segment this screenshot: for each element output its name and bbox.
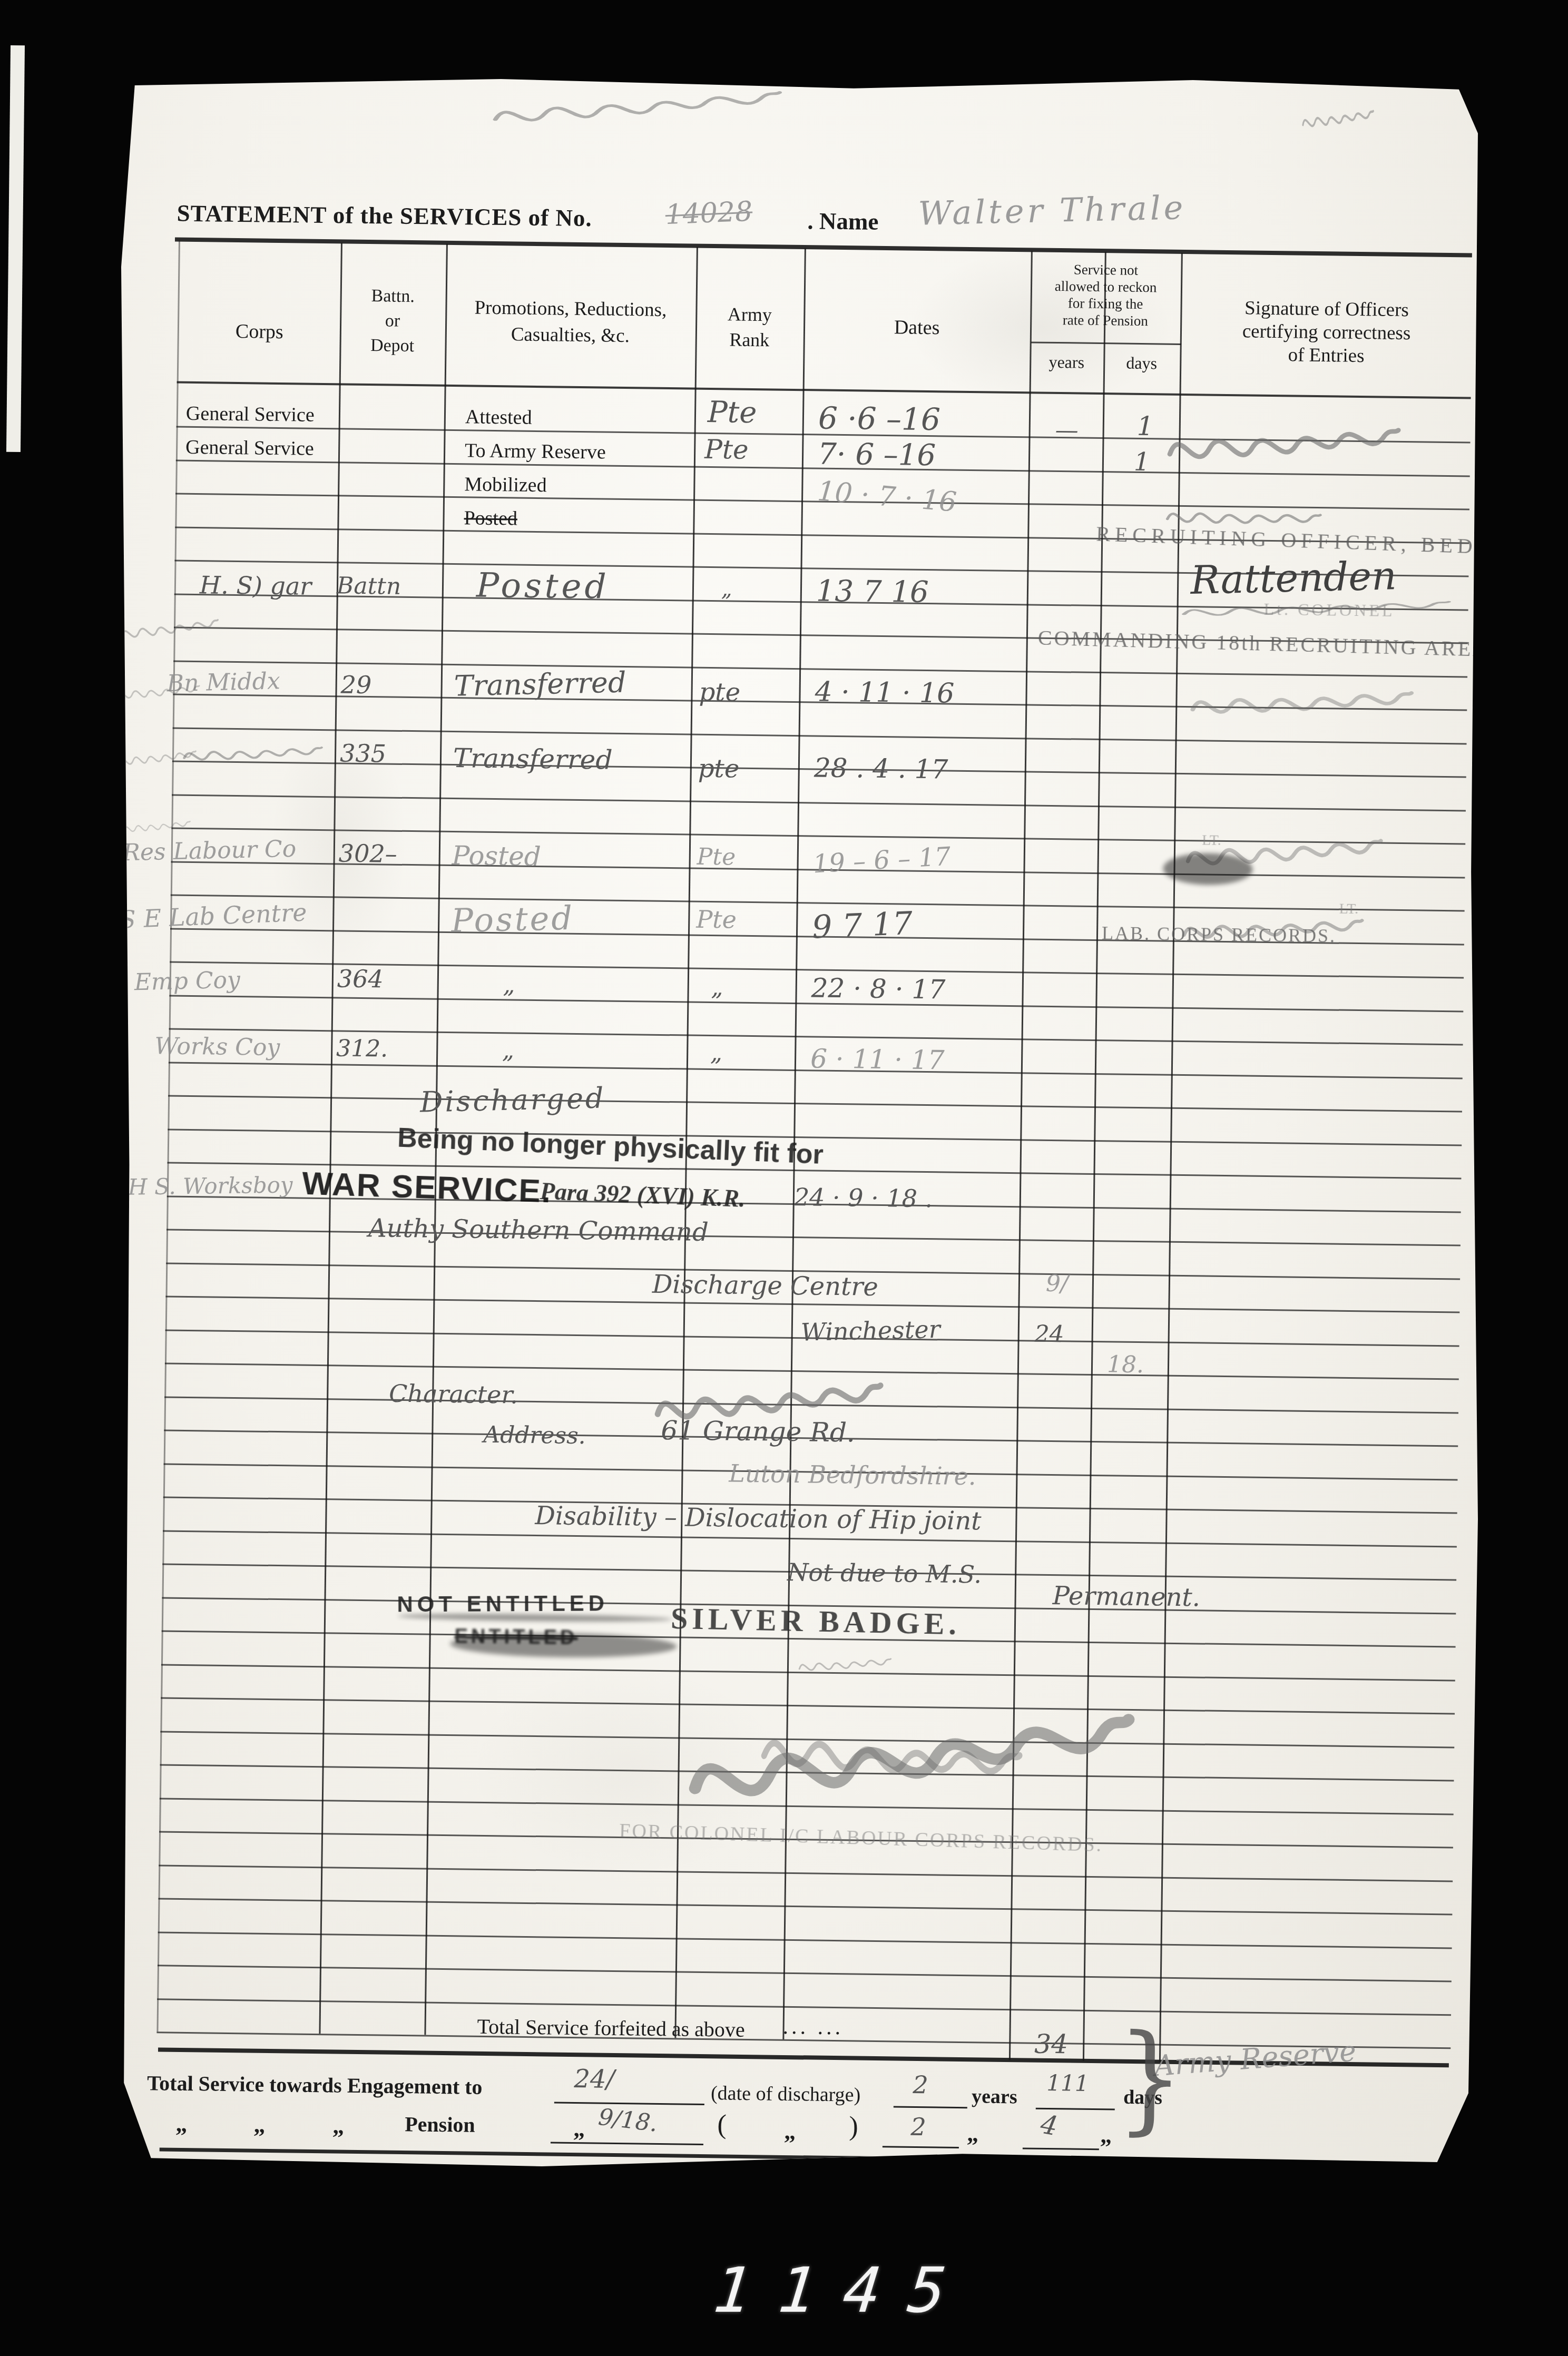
table-cell-rank: „ [710,1039,722,1066]
handwritten-annotation: 24 · 9 · 18 . [794,1183,933,1213]
handwritten-annotation: Not due to M.S. [787,1558,982,1589]
pen-scribble [1164,496,1324,543]
table-cell-days: 1 [1134,447,1150,477]
table-cell-promo: „ [503,971,515,998]
col-header-signature-1: Signature of Officers [1180,296,1473,322]
col-header-corps: Corps [179,319,340,345]
table-row: Works Coy312.„„6 · 11 · 17 [122,78,1478,95]
pen-scribble [119,607,222,653]
pen-scribble [1180,902,1366,959]
table-cell-rank: Pte [696,905,737,934]
fill-in-underline [894,2106,967,2108]
handwritten-annotation: Luton Bedfordshire. [729,1459,976,1491]
pension-open-paren: ( [717,2109,727,2140]
table-cell-dates: 22 · 8 · 17 [811,973,945,1005]
table-cell-corps: General Service [186,402,315,427]
ruled-line [157,1998,1451,2016]
table-cell-rank: „ [721,577,732,601]
table-cell-dates: 7· 6 –16 [818,437,936,473]
table-row: 335Transferredpte28 . 4 . 17 [122,78,1478,95]
ruled-line [158,1965,1452,1982]
column-rule [156,241,180,2032]
table-cell-corps: General Service [185,436,314,460]
table-cell-promo: Posted [452,840,541,872]
rubber-stamp: Para 392 (XVI) K.R. [540,1177,746,1213]
col-header-signature-2: certifying correctness [1180,319,1473,346]
table-row: General ServiceAttestedPte6 ·6 –16—1 [122,78,1478,95]
table-row: Bn Middx29Transferredpte4 · 11 · 16 [122,78,1478,95]
col-header-battn-2: or [340,310,445,331]
handwritten-annotation: 34 [1034,2029,1068,2060]
footer-brace: } [1116,2009,1184,2147]
table-cell-rank: „ [711,974,723,1001]
handwritten-annotation: Address. [483,1421,586,1449]
rubber-stamps: RECRUITING OFFICER, BEDLt. COLONELCOMMAN… [122,78,1478,95]
forfeited-label: Total Service forfeited as above [477,2014,745,2042]
pen-scribble [117,740,199,778]
document-content: STATEMENT of the SERVICES of No. 14028 .… [96,78,1478,2182]
pen-scribble [122,812,192,842]
engagement-label: Total Service towards Engagement to [147,2070,483,2099]
rubber-stamp: NOT ENTITLED [397,1591,609,1617]
handwritten-annotation: 24/ [574,2064,615,2094]
table-cell-rank: Pte [697,843,736,871]
pen-scribble [651,1358,887,1450]
handwritten-annotation: 2 [910,2113,926,2141]
pen-scribble [756,1697,1027,1824]
handwritten-annotation: 2 [913,2070,928,2099]
col-header-signature-3: of Entries [1180,342,1472,369]
forfeited-dots: ... ... [782,2014,844,2040]
table-cell-promo: Posted [451,899,575,940]
pension-ditto-6: „ [967,2120,979,2147]
table-row: Discharged [122,78,1478,95]
table-row: S E Lab CentrePostedPte9 7 17 [122,78,1478,95]
handwritten-annotation: Authy Southern Command [368,1213,709,1247]
table-cell-corps: S E Lab Centre [119,898,307,934]
pension-ditto-2: „ [253,2112,266,2138]
table-cell-rank: Pte [708,395,757,430]
rubber-stamp: WAR SERVICE. [301,1165,552,1211]
rubber-stamp: Being no longer physically fit for [397,1122,824,1171]
ink-smudge [398,1613,672,1623]
table-cell-dates: 13 7 16 [816,574,929,610]
ruled-line [159,1898,1453,1915]
handwritten-annotation: 9/ [1046,1270,1069,1298]
rubber-stamp: SILVER BADGE. [670,1601,961,1642]
table-cell-corps: H. S) gar [200,571,312,601]
handwritten-annotation: 18. [1107,1351,1144,1378]
table-cell-promo: To Army Reserve [465,439,606,464]
table-cell-corps: Works Coy [154,1033,280,1061]
pen-scribble [797,1648,893,1683]
col-header-years: years [1030,352,1103,372]
col-header-rank-1: Army [695,303,803,327]
table-cell-battn: 29 [340,670,371,699]
pension-ditto-3: „ [332,2112,345,2139]
table-cell-battn: 312. [336,1035,388,1062]
engagement-years-label: years [972,2085,1017,2108]
pen-scribble [1300,98,1377,142]
pension-ditto-1: „ [175,2110,188,2137]
table-cell-promo: Transferred [454,665,626,702]
handwritten-annotation: 9/18. [597,2104,659,2137]
ruled-lines [122,78,1478,95]
pen-scribble [1164,404,1404,487]
table-cell-years: — [1055,417,1079,444]
pen-scribble [181,734,325,774]
name-value: Walter Thrale [918,188,1187,233]
page-title: STATEMENT of the SERVICES of No. [177,200,592,232]
ruled-line [159,1864,1453,1882]
handwritten-annotation: H S. Worksboy [128,1172,293,1200]
table-row: Posted [122,78,1478,95]
table-row: Mobilized10 · 7 · 16 [122,78,1478,95]
handwritten-annotations: RattendenAuthy Southern CommandDischarge… [122,78,1478,95]
document-paper: STATEMENT of the SERVICES of No. 14028 .… [121,79,1478,2166]
table-cell-dates: 10 · 7 · 16 [816,475,958,518]
table-cell-promo: Discharged [419,1081,606,1118]
film-edge-strip [6,45,25,452]
pen-scribble [489,74,787,143]
table-cell-rank: Pte [704,434,749,465]
ruled-line [158,1931,1452,1949]
pension-label: Pension [405,2112,475,2137]
handwritten-annotation: Character. [389,1379,518,1409]
table-cell-dates: 6 ·6 –16 [818,400,941,437]
ruled-line [168,1095,1462,1112]
table-cell-battn: Battn [337,572,401,600]
table-cell-promo: Posted [476,566,610,607]
table-cell-days: 1 [1136,411,1154,441]
pension-ditto-4: „ [573,2115,585,2142]
col-header-days: days [1103,353,1180,374]
header-bottom-rule [177,381,1471,399]
table-cell-dates: 6 · 11 · 17 [810,1043,945,1075]
handwritten-annotation: 4 [1038,2109,1060,2142]
table-cell-battn: 302– [338,839,397,868]
pen-scribbles [122,78,1478,95]
pension-ditto-5: „ [784,2118,796,2145]
col-header-promotions-1: Promotions, Reductions, [445,296,695,322]
table-cell-rank: pte [698,754,739,784]
col-header-battn-3: Depot [339,335,445,356]
column-rule [319,242,342,2034]
col-header-battn-1: Battn. [340,286,446,307]
handwritten-annotation: Permanent. [1052,1581,1200,1612]
col-header-rank-2: Rank [695,328,803,352]
handwritten-annotation: 24 [1034,1321,1064,1348]
table-cell-promo: Attested [465,405,532,429]
date-of-discharge-label: (date of discharge) [711,2082,861,2106]
handwritten-annotation: Disability – Dislocation of Hip joint [535,1501,982,1536]
table-cell-dates: 19 – 6 – 17 [812,842,952,879]
table-cell-dates: 4 · 11 · 16 [815,676,954,709]
paper-bottom-rule [160,2147,1445,2167]
service-number: 14028 [665,196,753,231]
fill-in-underline [551,2142,703,2146]
pension-close-paren: ) [849,2110,858,2142]
table-row: H. S) garBattnPosted„13 7 16 [122,78,1478,95]
fill-in-underline [883,2146,959,2148]
pension-ditto-7: „ [1100,2122,1112,2148]
fill-in-underline [1023,2147,1099,2150]
col-header-promotions-2: Casualties, &c. [445,322,695,348]
film-frame-number: 1145 [710,2254,977,2326]
table-row: Emp Coy364„„22 · 8 · 17 [122,78,1478,95]
name-label: . Name [807,207,879,235]
table-top-rule [175,238,1472,258]
table-rows: General ServiceAttestedPte6 ·6 –16—1Gene… [122,78,1478,95]
table-cell-battn: 335 [340,739,386,768]
pen-scribble [1179,591,1454,629]
pen-scribble [116,675,202,711]
col-header-dates: Dates [803,315,1031,340]
pension-split-rule [1031,341,1181,345]
microfilm-scan: STATEMENT of the SERVICES of No. 14028 .… [0,0,1568,2356]
table-cell-promo: Mobilized [464,473,547,497]
table-cell-promo: Transferred [453,743,613,775]
ruled-line [172,794,1466,811]
table-cell-rank: pte [699,678,740,708]
table-cell-promo: Posted [464,506,517,530]
table-row: Res Labour Co302–PostedPte19 – 6 – 17 [122,78,1478,95]
handwritten-annotation: Winchester [800,1315,940,1347]
table-cell-dates: 9 7 17 [811,905,913,946]
table-row: General ServiceTo Army ReservePte7· 6 –1… [122,78,1478,95]
table-cell-dates: 28 . 4 . 17 [814,752,948,784]
handwritten-annotation: 111 [1046,2070,1089,2096]
pen-scribble [1188,673,1416,736]
handwritten-annotation: Discharge Centre [652,1270,879,1302]
fill-in-underline [554,2102,704,2105]
rubber-stamp: COMMANDING 18th RECRUITING AREA. [1037,625,1497,662]
table-cell-corps: Emp Coy [134,967,240,996]
table-cell-battn: 364 [337,964,384,993]
table-cell-promo: „ [502,1037,514,1064]
ruled-line [166,1229,1461,1246]
